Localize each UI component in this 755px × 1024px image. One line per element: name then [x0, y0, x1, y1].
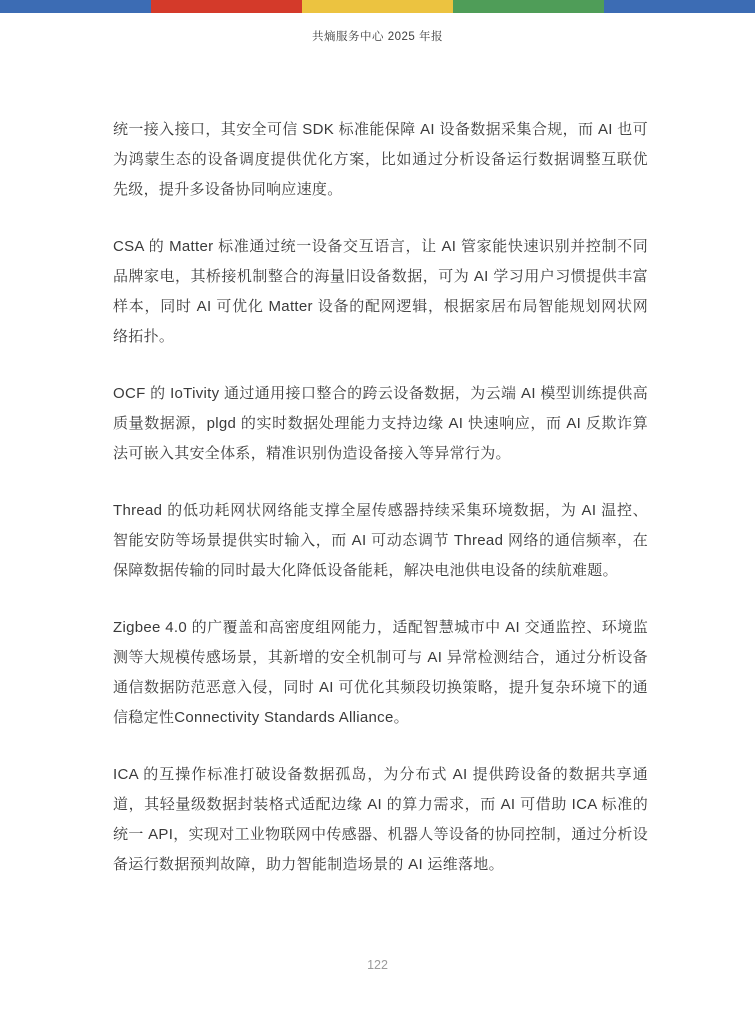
paragraph-unified-access: 统一接入接口，其安全可信 SDK 标准能保障 AI 设备数据采集合规，而 AI …: [113, 115, 648, 205]
page-number: 122: [367, 958, 388, 972]
color-bar-segment-blue-1: [0, 0, 151, 13]
decorative-color-bar: [0, 0, 755, 13]
report-page: 共熵服务中心 2025 年报 统一接入接口，其安全可信 SDK 标准能保障 AI…: [0, 0, 755, 1024]
paragraph-thread: Thread 的低功耗网状网络能支撑全屋传感器持续采集环境数据，为 AI 温控、…: [113, 496, 648, 586]
page-footer: 122: [0, 958, 755, 972]
paragraph-zigbee: Zigbee 4.0 的广覆盖和高密度组网能力，适配智慧城市中 AI 交通监控、…: [113, 613, 648, 733]
document-body: 统一接入接口，其安全可信 SDK 标准能保障 AI 设备数据采集合规，而 AI …: [113, 115, 648, 880]
color-bar-segment-blue-2: [604, 0, 755, 13]
paragraph-ica: ICA 的互操作标准打破设备数据孤岛，为分布式 AI 提供跨设备的数据共享通道，…: [113, 760, 648, 880]
page-header: 共熵服务中心 2025 年报: [0, 13, 755, 44]
color-bar-segment-green: [453, 0, 604, 13]
color-bar-segment-red: [151, 0, 302, 13]
report-title: 共熵服务中心 2025 年报: [312, 31, 443, 43]
color-bar-segment-yellow: [302, 0, 453, 13]
paragraph-ocf-iotivity: OCF 的 IoTivity 通过通用接口整合的跨云设备数据，为云端 AI 模型…: [113, 379, 648, 469]
paragraph-csa-matter: CSA 的 Matter 标准通过统一设备交互语言，让 AI 管家能快速识别并控…: [113, 232, 648, 352]
